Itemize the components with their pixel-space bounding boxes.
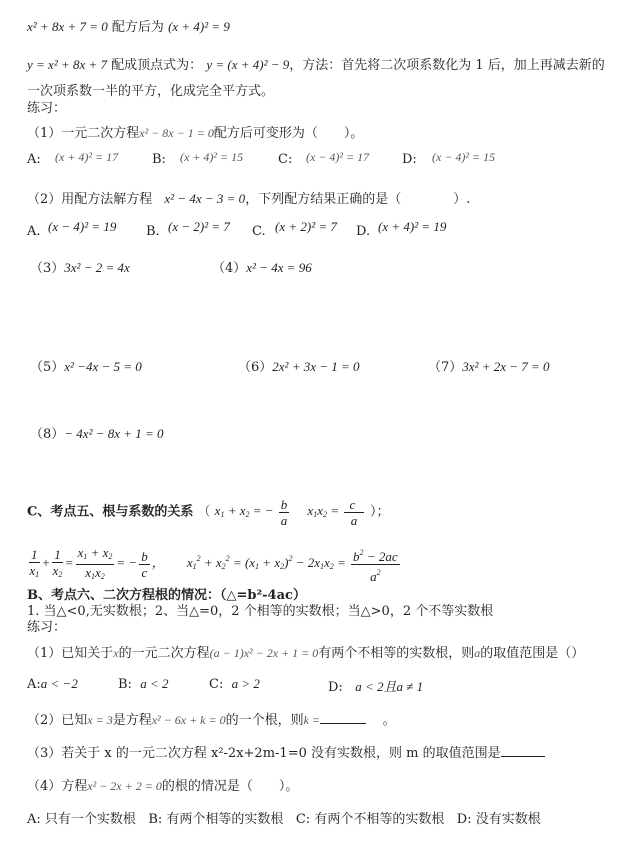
question-suffix: 的根的情况是（ ）。 <box>162 779 299 794</box>
option-a: A:a < −2 <box>27 676 78 692</box>
question-suffix: 配方后可变形为（ ）。 <box>214 126 364 141</box>
practice-label: 练习： <box>27 97 66 116</box>
answer-blank[interactable] <box>501 744 545 757</box>
option-a-value: (x + 4)² = 17 <box>55 150 118 165</box>
equation: − 4x² − 8x + 1 = 0 <box>64 426 163 441</box>
option-label: B: <box>148 812 162 827</box>
text: 有两个不相等的实数根，则 <box>318 646 474 661</box>
exercise-number: （6） <box>238 360 272 375</box>
equation: x² −4x − 5 = 0 <box>64 359 142 374</box>
option-value: a < 2 <box>140 676 168 691</box>
option-c: C: <box>278 152 292 167</box>
option-value: (x − 4)² = 17 <box>306 150 369 164</box>
option-d: D: a < 2且a ≠ 1 <box>328 676 423 695</box>
option-label: A: <box>27 152 41 167</box>
b-question-2: （2）已知x = 3是方程x² − 6x + k = 0的一个根，则k = 。 <box>27 709 396 728</box>
option-d: D: <box>402 152 417 167</box>
option-d-value: (x − 4)² = 15 <box>432 150 495 165</box>
vieta-product: x1x2 = c a <box>307 503 365 518</box>
exercise-4: （4）x² − 4x = 96 <box>212 257 312 276</box>
option-value: a < −2 <box>41 676 78 691</box>
option-label: D: <box>402 152 417 167</box>
text: 配成顶点式为： <box>111 58 202 73</box>
question-text: （3）若关于 x 的一元二次方程 x²-2x+2m-1=0 没有实数根，则 m … <box>27 746 501 761</box>
option-b-value: (x − 2)² = 7 <box>168 219 230 235</box>
b-question-4: （4）方程x² − 2x + 2 = 0的根的情况是（ ）。 <box>27 775 298 794</box>
option-value: 没有实数根 <box>476 812 541 827</box>
option-label: B. <box>146 224 160 239</box>
exercise-number: （4） <box>212 261 246 276</box>
text: 配方后为 <box>112 20 164 35</box>
section-title: C、考点五、根与系数的关系 <box>27 504 193 519</box>
option-b: B: a < 2 <box>118 676 168 692</box>
option-value: 有两个不相等的实数根 <box>314 812 444 827</box>
practice-label: 练习： <box>27 616 66 635</box>
equation: x² − 4x = 96 <box>246 260 311 275</box>
option-value: (x − 2)² = 7 <box>168 219 230 234</box>
option-b: B: <box>152 152 166 167</box>
option-label: B: <box>118 677 132 692</box>
question-prefix: （2）用配方法解方程 <box>27 192 152 207</box>
option-label: A: <box>27 677 41 692</box>
equation: 3x² − 2 = 4x <box>64 260 129 275</box>
answer-blank[interactable] <box>320 711 366 724</box>
equation: x² − 8x − 1 = 0 <box>139 126 214 140</box>
option-label: D. <box>356 224 370 239</box>
equation: y = (x + 4)² − 9 <box>206 57 289 72</box>
exercise-5: （5）x² −4x − 5 = 0 <box>30 356 142 375</box>
option-value: a > 2 <box>232 676 260 691</box>
option-label: D: <box>328 680 343 695</box>
intro-line-1: x² + 8x + 7 = 0 配方后为 (x + 4)² = 9 <box>27 16 230 35</box>
equation: 2x² + 3x − 1 = 0 <box>272 359 359 374</box>
option-value: (x + 2)² = 7 <box>275 219 337 234</box>
option-value: a < 2且a ≠ 1 <box>355 679 423 694</box>
exercise-number: （8） <box>30 427 64 442</box>
vieta-sum: x1 + x2 = − ba <box>215 503 292 518</box>
equation: (a − 1)x² − 2x + 1 = 0 <box>210 646 319 660</box>
text: 的一元二次方程 <box>119 646 210 661</box>
exercise-number: （3） <box>30 261 64 276</box>
option-value: (x + 4)² = 17 <box>55 150 118 164</box>
equation: x² − 6x + k = 0 <box>152 713 226 727</box>
close-paren: ）； <box>370 504 390 519</box>
option-label: A: <box>27 812 41 827</box>
section-c-identities: 1x1+1x2=x1 + x2x1x2= −bc， x12 + x22 = (x… <box>27 545 402 584</box>
option-c-value: (x − 4)² = 17 <box>306 150 369 165</box>
option-d: D. <box>356 224 370 239</box>
equation: x = 3 <box>87 713 112 727</box>
identity-square-sum: x12 + x22 = (x1 + x2)2 − 2x1x2 = b2 − 2a… <box>187 555 402 570</box>
question-prefix: （1）一元二次方程 <box>27 126 139 141</box>
exercise-6: （6）2x² + 3x − 1 = 0 <box>238 356 360 375</box>
question-prefix: （1）已知关于 <box>27 646 113 661</box>
identity-reciprocal-sum: 1x1+1x2=x1 + x2x1x2= −bc， <box>27 555 165 570</box>
exercise-number: （5） <box>30 360 64 375</box>
option-a-value: (x − 4)² = 19 <box>48 219 116 235</box>
option-value: (x − 4)² = 15 <box>432 150 495 164</box>
equation: k = <box>304 713 320 727</box>
section-c-heading: C、考点五、根与系数的关系 （ x1 + x2 = − ba x1x2 = c … <box>27 497 389 528</box>
option-value: (x − 4)² = 19 <box>48 219 116 234</box>
discriminant-rule: 1. 当△<0,无实数根；2、当△=0，2 个相等的实数根；当△>0，2 个不等… <box>27 600 493 619</box>
question-suffix: 。 <box>383 713 396 728</box>
option-value: (x + 4)² = 19 <box>378 219 446 234</box>
b-question-3: （3）若关于 x 的一元二次方程 x²-2x+2m-1=0 没有实数根，则 m … <box>27 742 545 761</box>
option-label: A. <box>27 224 41 239</box>
option-b: B. <box>146 224 160 239</box>
option-d-value: (x + 4)² = 19 <box>378 219 446 235</box>
option-label: C. <box>252 224 266 239</box>
question-prefix: （2）已知 <box>27 713 87 728</box>
option-c: C. <box>252 224 266 239</box>
option-value: (x + 4)² = 15 <box>180 150 243 164</box>
equation: x² − 2x + 2 = 0 <box>87 779 162 793</box>
exercise-3: （3）3x² − 2 = 4x <box>30 257 130 276</box>
equation: 3x² + 2x − 7 = 0 <box>462 359 549 374</box>
equation: (x + 4)² = 9 <box>168 19 230 34</box>
option-label: D: <box>457 812 472 827</box>
option-label: C: <box>209 677 223 692</box>
text: 是方程 <box>113 713 152 728</box>
question-suffix: ，下列配方结果正确的是（ ）. <box>245 192 470 207</box>
option-label: C: <box>296 812 310 827</box>
option-b-value: (x + 4)² = 15 <box>180 150 243 165</box>
option-c: C: a > 2 <box>209 676 260 692</box>
question-1: （1）一元二次方程x² − 8x − 1 = 0配方后可变形为（ ）。 <box>27 122 363 141</box>
option-value: 只有一个实数根 <box>45 812 136 827</box>
equation: x² + 8x + 7 = 0 <box>27 19 108 34</box>
b-question-1: （1）已知关于x的一元二次方程(a − 1)x² − 2x + 1 = 0有两个… <box>27 642 584 661</box>
b-question-4-options: A: 只有一个实数根 B: 有两个相等的实数根 C: 有两个不相等的实数根 D:… <box>27 808 541 827</box>
equation: y = x² + 8x + 7 <box>27 57 107 72</box>
question-suffix: 的取值范围是（） <box>480 646 584 661</box>
option-value: 有两个相等的实数根 <box>166 812 283 827</box>
equation: x² − 4x − 3 = 0 <box>164 191 245 206</box>
text: 的一个根，则 <box>226 713 304 728</box>
exercise-7: （7）3x² + 2x − 7 = 0 <box>428 356 550 375</box>
option-a: A: <box>27 152 41 167</box>
text: ，方法：首先将二次项系数化为 1 后，加上再减去新的 <box>289 58 605 73</box>
intro-line-2: y = x² + 8x + 7 配成顶点式为： y = (x + 4)² − 9… <box>27 54 605 73</box>
option-label: B: <box>152 152 166 167</box>
option-c-value: (x + 2)² = 7 <box>275 219 337 235</box>
exercise-number: （7） <box>428 360 462 375</box>
exercise-8: （8）− 4x² − 8x + 1 = 0 <box>30 423 164 442</box>
option-label: C: <box>278 152 292 167</box>
option-a: A. <box>27 224 41 239</box>
question-prefix: （4）方程 <box>27 779 87 794</box>
question-2: （2）用配方法解方程 x² − 4x − 3 = 0，下列配方结果正确的是（ ）… <box>27 188 470 207</box>
